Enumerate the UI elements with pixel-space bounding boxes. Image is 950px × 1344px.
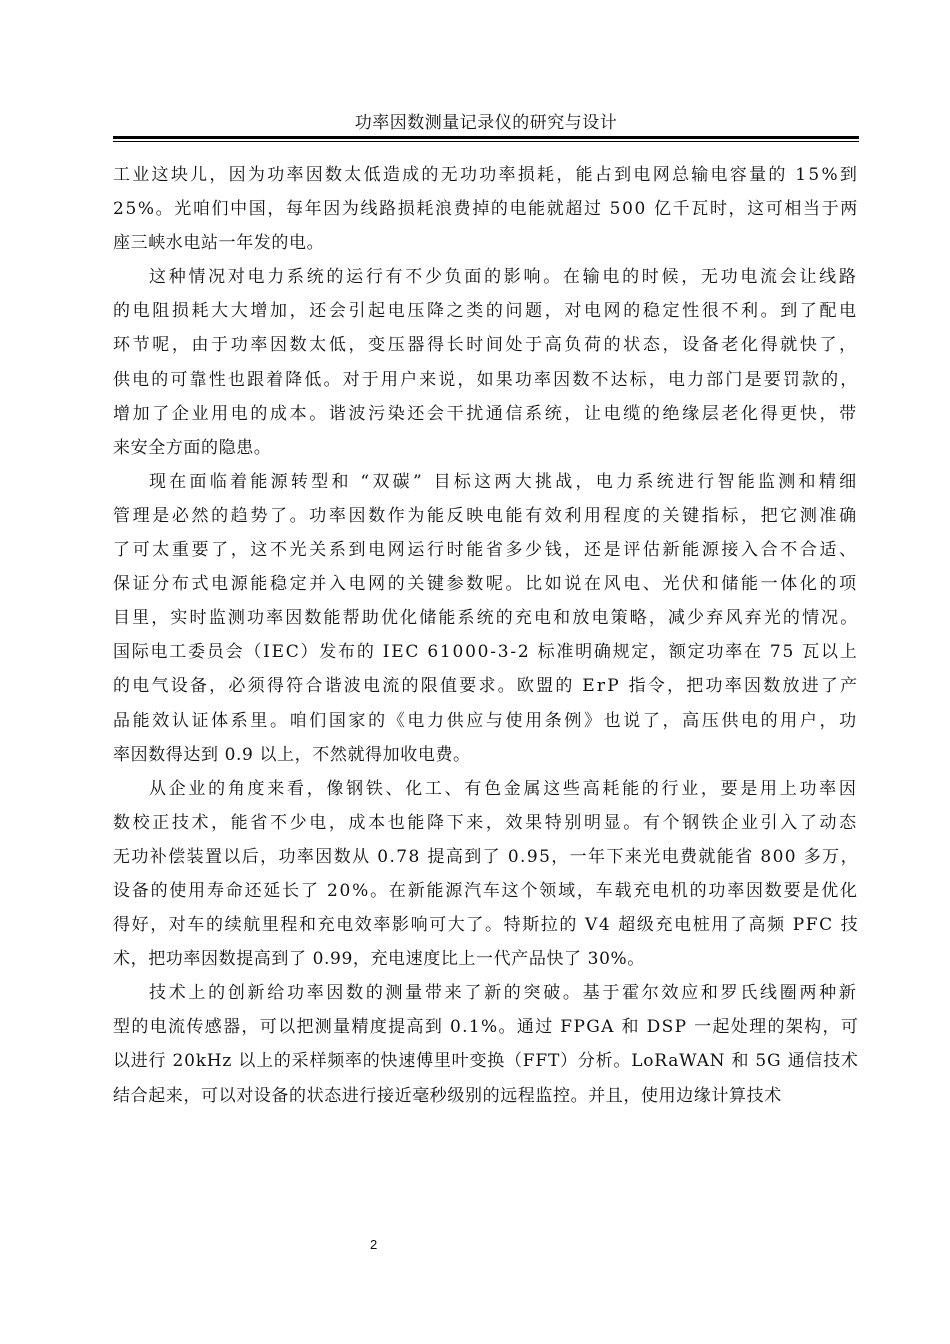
paragraph: 现在面临着能源转型和 “双碳” 目标这两大挑战，电力系统进行智能监测和精细管理是… (113, 465, 859, 772)
text-line: 目里，实时监测功率因数能帮助优化储能系统的充电和放电策略，减少弃风弃光的情况。 (113, 601, 859, 635)
text-line: 现在面临着能源转型和 “双碳” 目标这两大挑战，电力系统进行智能监测和精细 (113, 465, 859, 499)
text-line: 以进行 20kHz 以上的采样频率的快速傅里叶变换（FFT）分析。LoRaWAN… (113, 1044, 859, 1078)
text-line: 术，把功率因数提高到了 0.99，充电速度比上一代产品快了 30%。 (113, 942, 859, 976)
document-page: 功率因数测量记录仪的研究与设计 工业这块儿，因为功率因数太低造成的无功功率损耗，… (0, 0, 950, 1344)
paragraph: 这种情况对电力系统的运行有不少负面的影响。在输电的时候，无功电流会让线路的电阻损… (113, 260, 859, 465)
text-line: 保证分布式电源能稳定并入电网的关键参数呢。比如说在风电、光伏和储能一体化的项 (113, 567, 859, 601)
text-line: 供电的可靠性也跟着降低。对于用户来说，如果功率因数不达标，电力部门是要罚款的， (113, 363, 859, 397)
text-line: 得好，对车的续航里程和充电效率影响可大了。特斯拉的 V4 超级充电桩用了高频 P… (113, 908, 859, 942)
header-rule-thin (113, 141, 859, 142)
text-line: 从企业的角度来看，像钢铁、化工、有色金属这些高耗能的行业，要是用上功率因 (113, 772, 859, 806)
text-line: 数校正技术，能省不少电，成本也能降下来，效果特别明显。有个钢铁企业引入了动态 (113, 806, 859, 840)
text-line: 率因数得达到 0.9 以上，不然就得加收电费。 (113, 738, 859, 772)
paragraph: 工业这块儿，因为功率因数太低造成的无功功率损耗，能占到电网总输电容量的 15%到… (113, 158, 859, 260)
text-line: 品能效认证体系里。咱们国家的《电力供应与使用条例》也说了，高压供电的用户，功 (113, 704, 859, 738)
text-line: 型的电流传感器，可以把测量精度提高到 0.1%。通过 FPGA 和 DSP 一起… (113, 1010, 859, 1044)
text-line: 这种情况对电力系统的运行有不少负面的影响。在输电的时候，无功电流会让线路 (113, 260, 859, 294)
text-line: 管理是必然的趋势了。功率因数作为能反映电能有效利用程度的关键指标，把它测准确 (113, 499, 859, 533)
text-line: 来安全方面的隐患。 (113, 431, 859, 465)
text-line: 设备的使用寿命还延长了 20%。在新能源汽车这个领域，车载充电机的功率因数要是优… (113, 874, 859, 908)
text-line: 25%。光咱们中国，每年因为线路损耗浪费掉的电能就超过 500 亿千瓦时，这可相… (113, 192, 859, 226)
text-line: 了可太重要了，这不光关系到电网运行时能省多少钱，还是评估新能源接入合不合适、 (113, 533, 859, 567)
paragraph: 从企业的角度来看，像钢铁、化工、有色金属这些高耗能的行业，要是用上功率因数校正技… (113, 772, 859, 977)
running-header-title: 功率因数测量记录仪的研究与设计 (113, 113, 859, 133)
text-line: 无功补偿装置以后，功率因数从 0.78 提高到了 0.95，一年下来光电费就能省… (113, 840, 859, 874)
text-line: 增加了企业用电的成本。谐波污染还会干扰通信系统，让电缆的绝缘层老化得更快，带 (113, 397, 859, 431)
page-number: 2 (370, 1237, 377, 1252)
text-line: 环节呢，由于功率因数太低，变压器得长时间处于高负荷的状态，设备老化得就快了， (113, 328, 859, 362)
text-line: 工业这块儿，因为功率因数太低造成的无功功率损耗，能占到电网总输电容量的 15%到 (113, 158, 859, 192)
header-rule-thick (113, 136, 859, 139)
text-line: 技术上的创新给功率因数的测量带来了新的突破。基于霍尔效应和罗氏线圈两种新 (113, 976, 859, 1010)
text-line: 座三峡水电站一年发的电。 (113, 226, 859, 260)
paragraph: 技术上的创新给功率因数的测量带来了新的突破。基于霍尔效应和罗氏线圈两种新型的电流… (113, 976, 859, 1112)
text-line: 结合起来，可以对设备的状态进行接近毫秒级别的远程监控。并且，使用边缘计算技术 (113, 1079, 859, 1113)
body-text: 工业这块儿，因为功率因数太低造成的无功功率损耗，能占到电网总输电容量的 15%到… (113, 158, 859, 1113)
text-line: 的电气设备，必须得符合谐波电流的限值要求。欧盟的 ErP 指令，把功率因数放进了… (113, 669, 859, 703)
text-line: 国际电工委员会（IEC）发布的 IEC 61000-3-2 标准明确规定，额定功… (113, 635, 859, 669)
text-line: 的电阻损耗大大增加，还会引起电压降之类的问题，对电网的稳定性很不利。到了配电 (113, 294, 859, 328)
